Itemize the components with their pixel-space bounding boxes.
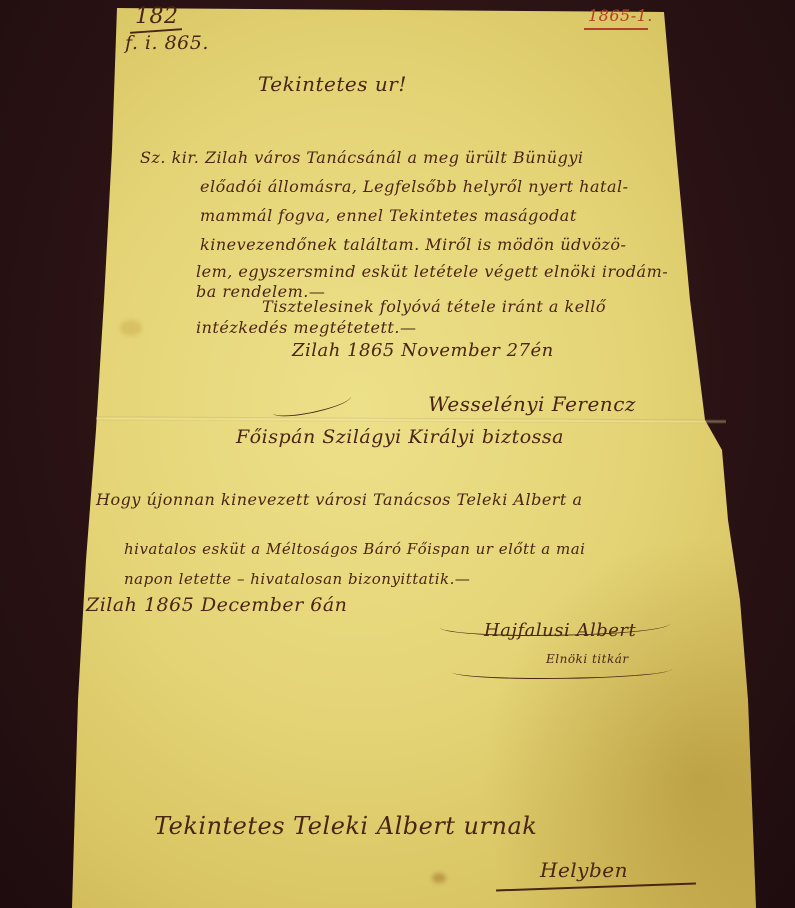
ref-number-top: 182 [135, 4, 179, 29]
body-line: Tisztelesinek folyóvá tétele iránt a kel… [262, 297, 606, 316]
body-line: mammál fogva, ennel Tekintetes maságodat [200, 206, 577, 225]
ref-number-bottom: f. i. 865. [125, 32, 209, 54]
certification-line: napon letette – hivatalosan bizonyittati… [124, 570, 470, 588]
paper-stain [120, 320, 142, 336]
archive-label-underline [584, 28, 648, 30]
address-line: Tekintetes Teleki Albert urnak [154, 812, 537, 840]
body-line: kinevezendőnek találtam. Miről is mödön … [200, 235, 626, 254]
archive-label: 1865-1. [588, 6, 653, 25]
certification-line: hivatalos esküt a Méltoságos Báró Főispa… [124, 540, 585, 558]
address-place: Helyben [540, 858, 628, 882]
dateline-november: Zilah 1865 November 27én [292, 340, 554, 361]
body-line: Sz. kir. Zilah város Tanácsánál a meg ür… [140, 148, 584, 167]
salutation: Tekintetes ur! [258, 72, 407, 96]
signature-wesselenyi: Wesselényi Ferencz [428, 392, 636, 416]
document-paper: 182 f. i. 865. 1865-1. Tekintetes ur! Sz… [0, 0, 795, 908]
dateline-december: Zilah 1865 December 6án [86, 594, 347, 616]
signatory-title: Főispán Szilágyi Királyi biztossa [236, 426, 564, 448]
paper-sheet [0, 0, 795, 908]
body-line: intézkedés megtétetett.— [196, 318, 416, 337]
certification-line: Hogy újonnan kinevezett városi Tanácsos … [96, 490, 582, 509]
body-line: előadói állomásra, Legfelsőbb helyről ny… [200, 177, 629, 196]
body-line: lem, egyszersmind esküt letétele végett … [196, 262, 668, 281]
ink-stain [432, 873, 446, 883]
